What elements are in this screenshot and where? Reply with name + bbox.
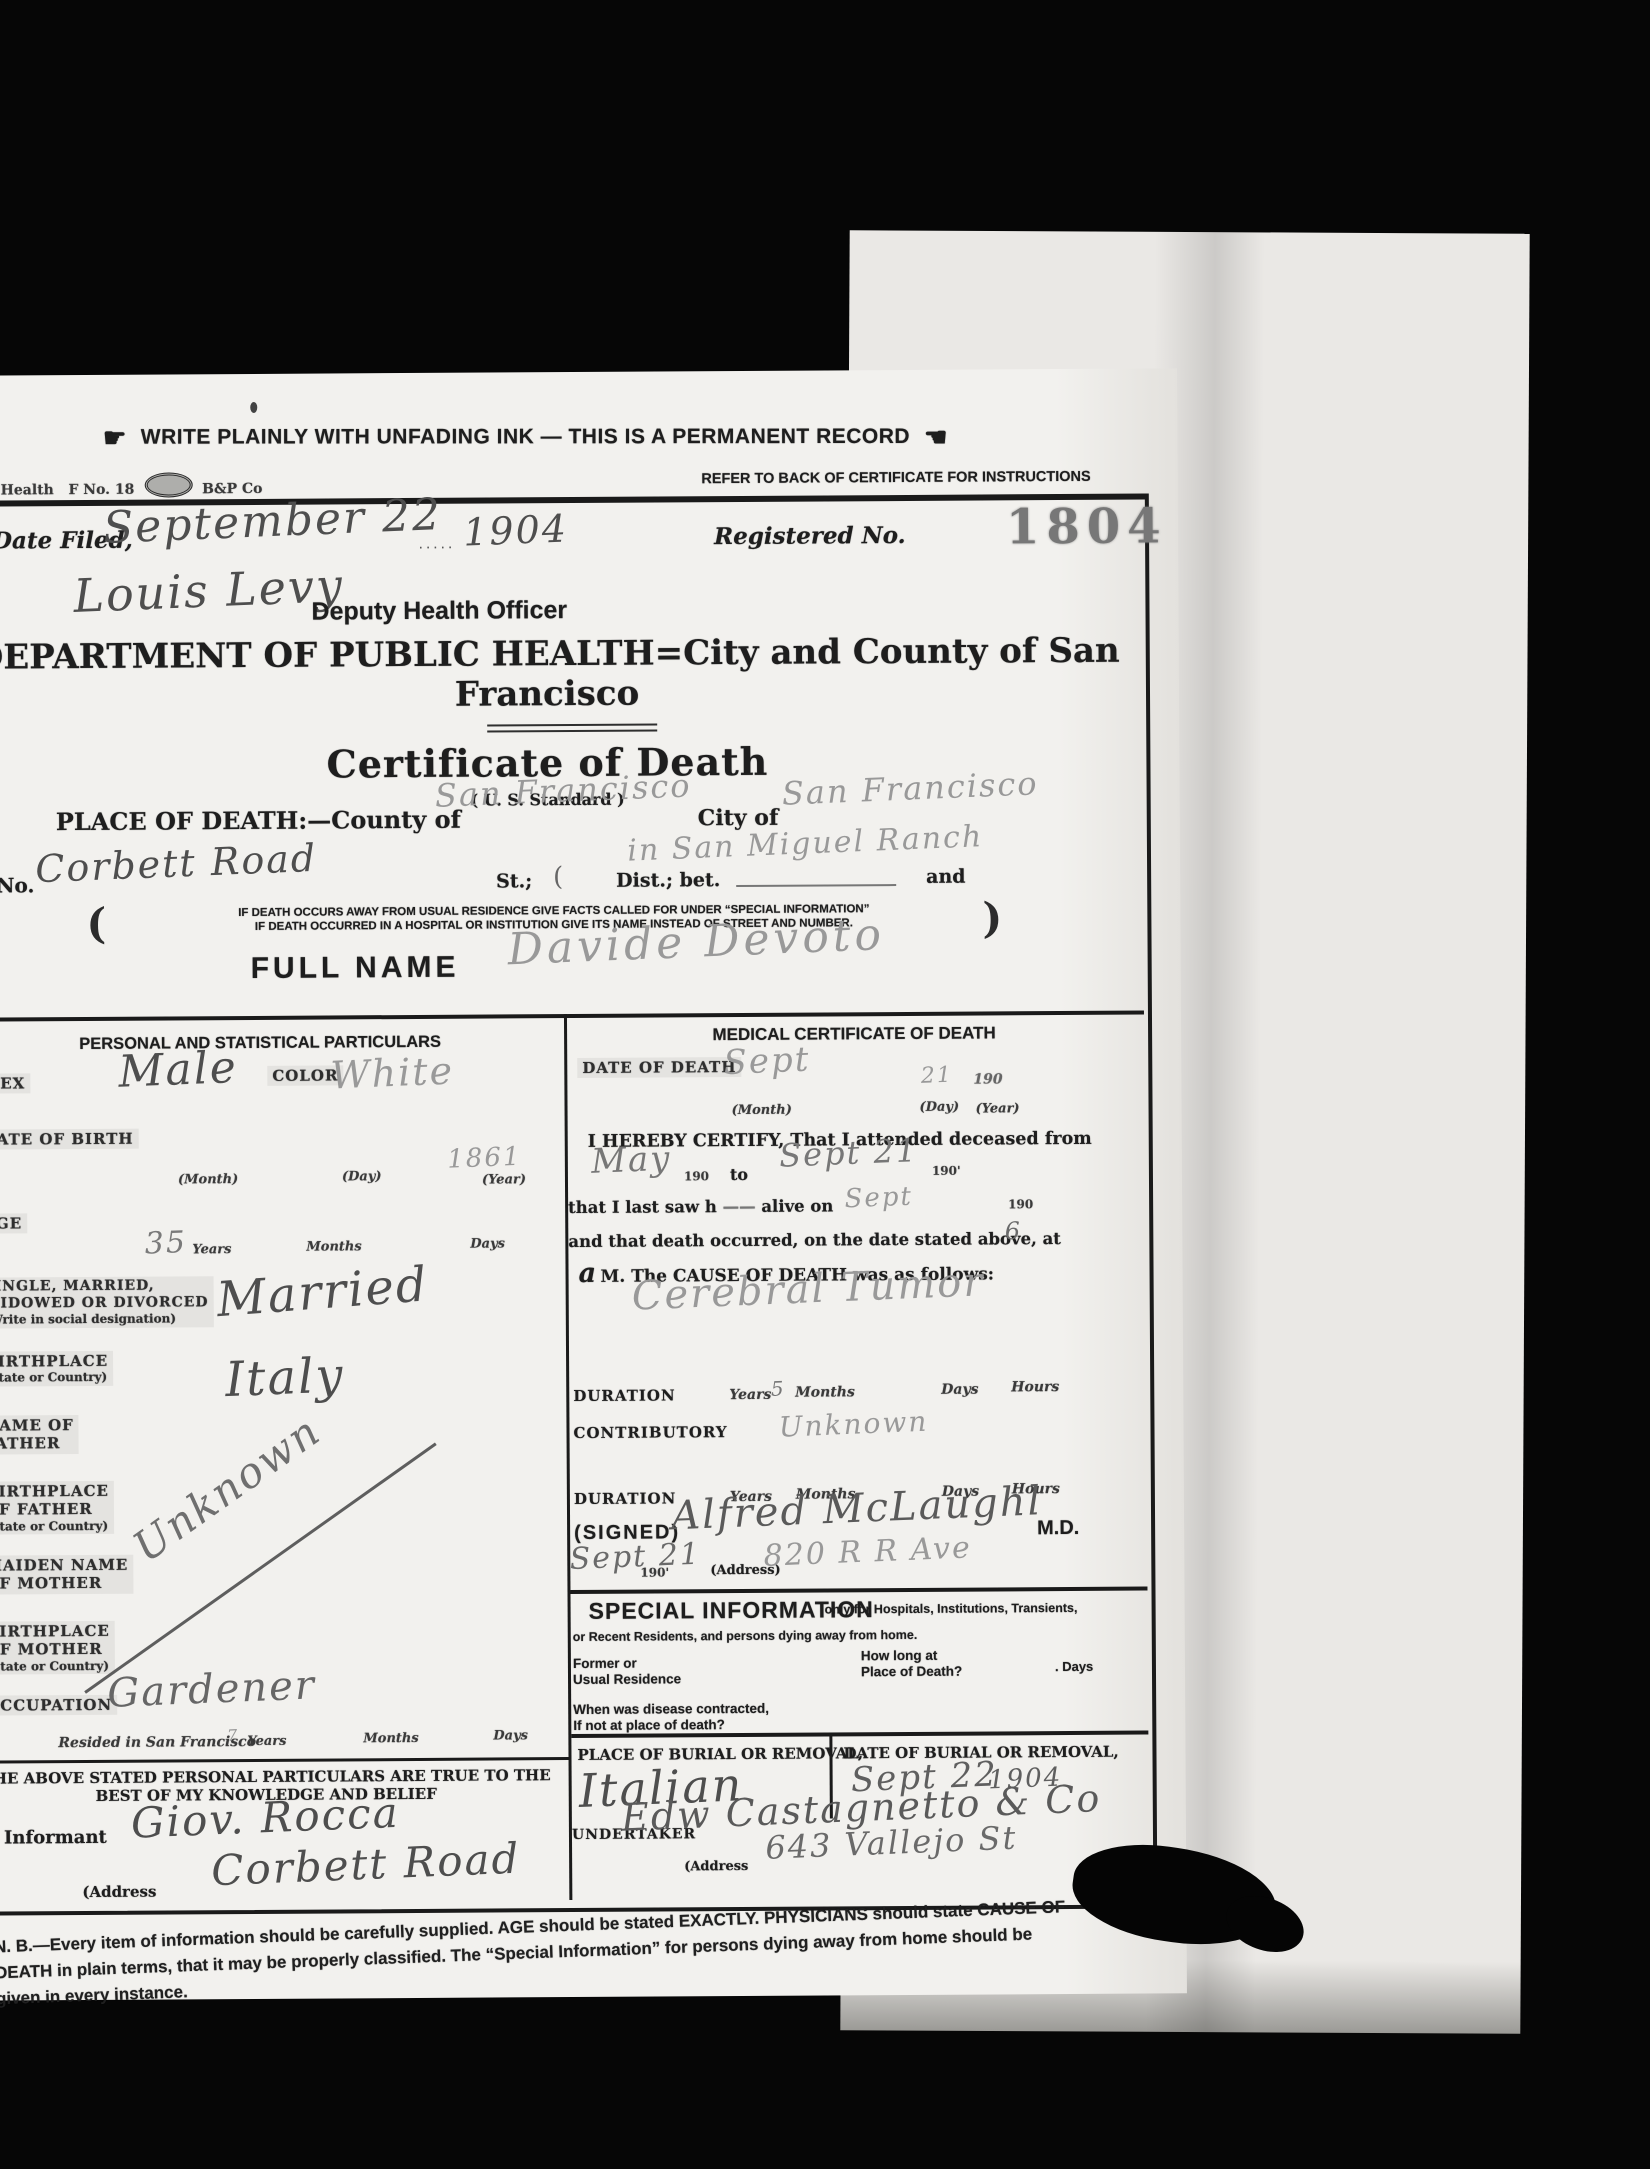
last-saw-statement: that I last saw h —— alive on <box>568 1196 833 1217</box>
informant-address-label: (Address <box>82 1883 156 1901</box>
last-saw-year-stub: 190 <box>1008 1197 1033 1211</box>
dob-year-sub: (Year) <box>482 1172 526 1187</box>
officer-title: Deputy Health Officer <box>311 596 567 627</box>
contracted-label: When was disease contracted, If not at p… <box>573 1701 769 1734</box>
birthplace-label: BIRTHPLACE (State or Country) <box>0 1351 113 1387</box>
dob-year-value: 1861 <box>447 1142 522 1175</box>
marital-label-line3: (Write in social designation) <box>0 1311 209 1327</box>
former-residence-line2: Usual Residence <box>573 1671 681 1688</box>
birthplace-label-line1: BIRTHPLACE <box>0 1352 108 1371</box>
signed-date-value: Sept 21 <box>569 1537 702 1577</box>
certificate-sheet: ☛WRITE PLAINLY WITH UNFADING INK — THIS … <box>0 368 1187 2000</box>
last-saw-value: Sept <box>844 1182 913 1215</box>
registered-no-label: Registered No. <box>714 522 906 550</box>
and-label: and <box>926 866 966 888</box>
title-divider <box>487 723 657 732</box>
attended-to-year-stub: 190' <box>932 1164 961 1178</box>
signed-year-stub: 190' <box>640 1565 669 1579</box>
duration1-label: DURATION <box>573 1386 675 1405</box>
father-bp-line1: BIRTHPLACE <box>0 1482 109 1501</box>
informant-label: Informant <box>4 1827 107 1849</box>
st-label: St.; <box>496 870 532 892</box>
pointing-hand-left-icon: ☚ <box>924 422 948 452</box>
age-years-sub: Years <box>192 1242 231 1257</box>
marital-label-line2: WIDOWED OR DIVORCED <box>0 1294 209 1312</box>
dod-year-sub: (Year) <box>976 1101 1020 1116</box>
ink-speck <box>250 402 257 413</box>
duration1-months-sub: Months <box>795 1384 855 1400</box>
officer-signature: Louis Levy <box>72 558 345 623</box>
attended-from-year-stub: 190 <box>684 1169 709 1183</box>
howlong-label: How long at Place of Death? <box>861 1648 962 1681</box>
marital-label-line1: SINGLE, MARRIED, <box>0 1277 208 1295</box>
mother-name-label: MAIDEN NAME OF MOTHER <box>0 1555 134 1595</box>
dob-day-sub: (Day) <box>342 1169 382 1184</box>
occupation-value: Gardener <box>106 1662 316 1717</box>
dob-label: DATE OF BIRTH <box>0 1129 139 1150</box>
birthplace-label-line2: (State or Country) <box>0 1370 108 1385</box>
last-saw-text2: alive on <box>761 1196 833 1215</box>
write-plainly-text: WRITE PLAINLY WITH UNFADING INK — THIS I… <box>141 425 910 449</box>
dod-day-sub: (Day) <box>919 1100 959 1115</box>
dod-year-stub: 190 <box>973 1071 1002 1087</box>
duration1-days-sub: Days <box>941 1382 978 1398</box>
mother-bp-line1: BIRTHPLACE <box>0 1622 110 1641</box>
color-value: White <box>330 1048 455 1097</box>
write-plainly-banner: ☛WRITE PLAINLY WITH UNFADING INK — THIS … <box>0 422 1085 454</box>
personal-header: PERSONAL AND STATISTICAL PARTICULARS <box>0 1032 566 1055</box>
former-residence-label: Former or Usual Residence <box>573 1655 681 1688</box>
dod-month-sub: (Month) <box>732 1103 792 1118</box>
mother-bp-line3: (State or Country) <box>0 1658 110 1673</box>
dist-label: Dist.; bet. <box>616 869 720 892</box>
dob-month-sub: (Month) <box>178 1172 238 1187</box>
attest-line1: THE ABOVE STATED PERSONAL PARTICULARS AR… <box>0 1766 554 1788</box>
father-birthplace-label: BIRTHPLACE OF FATHER (State or Country) <box>0 1481 114 1535</box>
attended-to-value: Sept 21 <box>778 1131 919 1175</box>
md-label: M.D. <box>1037 1517 1079 1540</box>
duration1-hours-sub: Hours <box>1011 1379 1059 1395</box>
mother-name-line1: MAIDEN NAME <box>0 1556 128 1575</box>
marital-label: SINGLE, MARRIED, WIDOWED OR DIVORCED (Wr… <box>0 1276 214 1328</box>
father-name-line2: FATHER <box>0 1434 74 1453</box>
date-filed-year: 1904 <box>462 506 568 554</box>
resided-months-sub: Months <box>363 1731 418 1746</box>
death-occurred-statement: and that death occurred, on the date sta… <box>568 1229 1061 1251</box>
resided-years-value: 7 <box>227 1726 240 1745</box>
street-no-label: No. <box>0 873 34 897</box>
place-of-death-label: PLACE OF DEATH:—County of <box>56 805 461 836</box>
birthplace-value: Italy <box>224 1347 346 1408</box>
howlong-days-label: . Days <box>1055 1659 1093 1674</box>
department-title: DEPARTMENT OF PUBLIC HEALTH=City and Cou… <box>0 631 1142 718</box>
attended-to-label: to <box>730 1165 748 1184</box>
date-filed-dots: ····· <box>418 539 455 557</box>
death-hour-value: 6 <box>1004 1217 1022 1246</box>
mother-birthplace-label: BIRTHPLACE OF MOTHER (State or Country) <box>0 1621 115 1675</box>
mother-bp-line2: OF MOTHER <box>0 1640 110 1659</box>
printer-stamp-icon <box>144 472 192 497</box>
age-label: AGE <box>0 1213 27 1234</box>
last-saw-text1: that I last saw h <box>568 1197 717 1217</box>
form-number-note: d of Health F No. 18 B&P Co <box>0 472 263 499</box>
father-name-line1: NAME OF <box>0 1416 74 1435</box>
occupation-label: OCCUPATION <box>0 1695 117 1716</box>
dod-month-value: Sept <box>723 1040 811 1084</box>
undertaker-address-label: (Address <box>684 1859 748 1874</box>
age-months-sub: Months <box>306 1239 361 1254</box>
contracted-line2: If not at place of death? <box>573 1717 769 1734</box>
father-bp-line3: (State or Country) <box>0 1518 109 1533</box>
special-info-note1: only for Hospitals, Institutions, Transi… <box>825 1600 1155 1616</box>
mother-name-line2: OF MOTHER <box>0 1574 129 1593</box>
am-script-letter: a <box>578 1258 596 1289</box>
pointing-hand-right-icon: ☛ <box>103 423 127 453</box>
medical-header: MEDICAL CERTIFICATE OF DEATH <box>564 1023 1144 1047</box>
sex-value: Male <box>117 1042 238 1098</box>
howlong-line2: Place of Death? <box>861 1664 962 1681</box>
contributory-value: Unknown <box>778 1405 929 1444</box>
attended-from-value: May <box>590 1139 672 1182</box>
full-name-label: FULL NAME <box>251 951 460 986</box>
father-bp-line2: OF FATHER <box>0 1500 109 1519</box>
father-name-label: NAME OF FATHER <box>0 1415 79 1454</box>
duration1-years-sub: Years <box>729 1387 771 1403</box>
scan-background: ☛WRITE PLAINLY WITH UNFADING INK — THIS … <box>0 0 1650 2169</box>
form-note-right: B&P Co <box>202 481 262 497</box>
age-days-sub: Days <box>470 1236 505 1251</box>
howlong-line1: How long at <box>861 1648 962 1665</box>
contracted-line1: When was disease contracted, <box>573 1701 769 1718</box>
duration1-years-value: 5 <box>770 1376 786 1401</box>
resided-years-sub: Years <box>247 1734 286 1749</box>
contributory-label: CONTRIBUTORY <box>573 1423 727 1442</box>
form-note-mid: F No. 18 <box>68 482 134 498</box>
special-info-note2: or Recent Residents, and persons dying a… <box>573 1628 918 1644</box>
sex-label: SEX <box>0 1073 30 1094</box>
age-value: 35 <box>144 1225 188 1262</box>
date-of-death-label: DATE OF DEATH <box>577 1057 741 1078</box>
note-paren-open: ( <box>86 899 106 948</box>
duration2-label: DURATION <box>574 1489 676 1508</box>
st-paren: ( <box>553 862 563 892</box>
last-saw-blank: —— <box>723 1197 756 1216</box>
dod-day-value: 21 <box>920 1063 953 1089</box>
registered-no-value: 1804 <box>1006 498 1168 555</box>
note-paren-close: ) <box>982 893 1002 942</box>
former-residence-line1: Former or <box>573 1655 681 1672</box>
refer-back-note: REFER TO BACK OF CERTIFICATE FOR INSTRUC… <box>586 469 1091 488</box>
resided-days-sub: Days <box>493 1728 528 1743</box>
form-note-left: d of Health <box>0 482 54 499</box>
